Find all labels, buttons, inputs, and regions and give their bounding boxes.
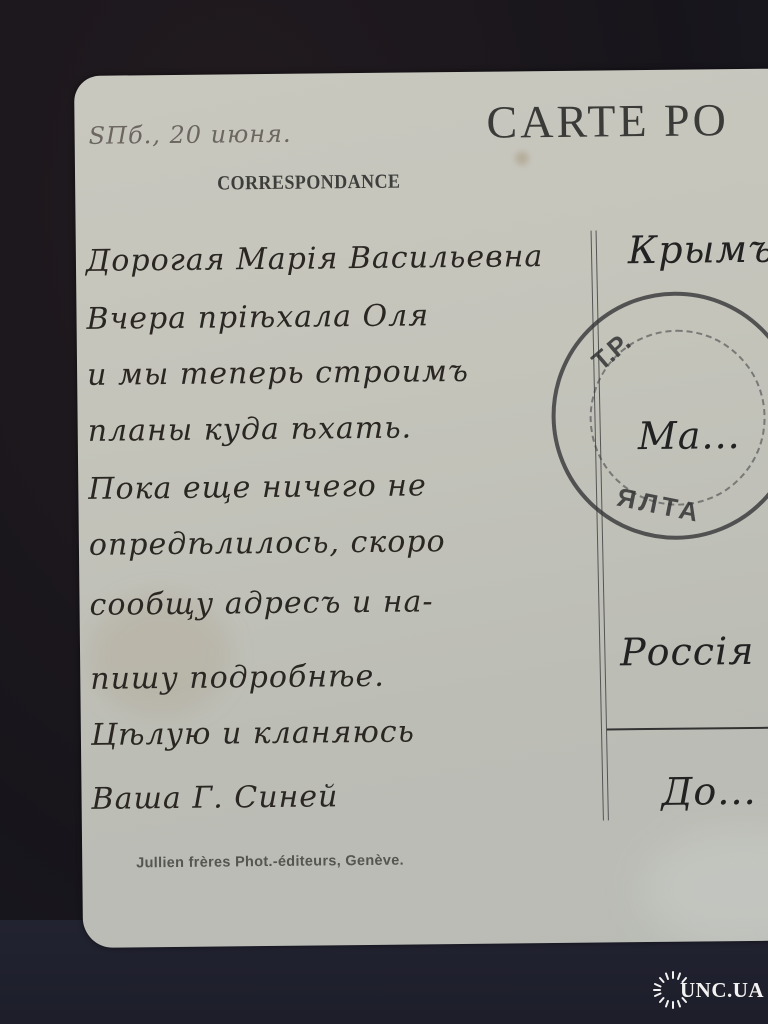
message-line: Цѣлую и кланяюсь bbox=[91, 714, 415, 752]
message-line: Пока еще ничего не bbox=[88, 468, 427, 507]
handwritten-date: SПб., 20 июня. bbox=[88, 120, 291, 150]
message-line: опредѣлилось, скоро bbox=[89, 524, 446, 563]
paper-stain bbox=[642, 828, 768, 948]
signature: Ваша Г. Синей bbox=[91, 779, 338, 817]
sunburst-icon bbox=[652, 969, 694, 1011]
postcard: CARTE PO CORRESPONDANCE SПб., 20 июня. Д… bbox=[74, 68, 768, 948]
message-line: пишу подробнѣе. bbox=[90, 659, 385, 697]
message-line: планы куда ѣхать. bbox=[88, 410, 413, 448]
message-line: и мы теперь строимъ bbox=[87, 354, 469, 393]
watermark: UNC.UA bbox=[652, 964, 768, 1016]
address-rule bbox=[607, 726, 768, 731]
publisher-imprint: Jullien frères Phot.-éditeurs, Genève. bbox=[136, 853, 404, 872]
paper-stain bbox=[515, 151, 529, 165]
address-line: Россія bbox=[620, 629, 755, 674]
address-line: Крымъ bbox=[628, 227, 768, 273]
address-line: До... bbox=[661, 769, 756, 814]
address-line: Ма... bbox=[638, 413, 741, 458]
message-line: Вчера пріѣхала Оля bbox=[86, 298, 429, 337]
message-line: сообщу адресъ и на- bbox=[89, 584, 433, 623]
correspondance-label: CORRESPONDANCE bbox=[217, 171, 401, 196]
postcard-title: CARTE PO bbox=[486, 93, 729, 149]
message-line: Дорогая Марія Васильевна bbox=[86, 239, 544, 279]
